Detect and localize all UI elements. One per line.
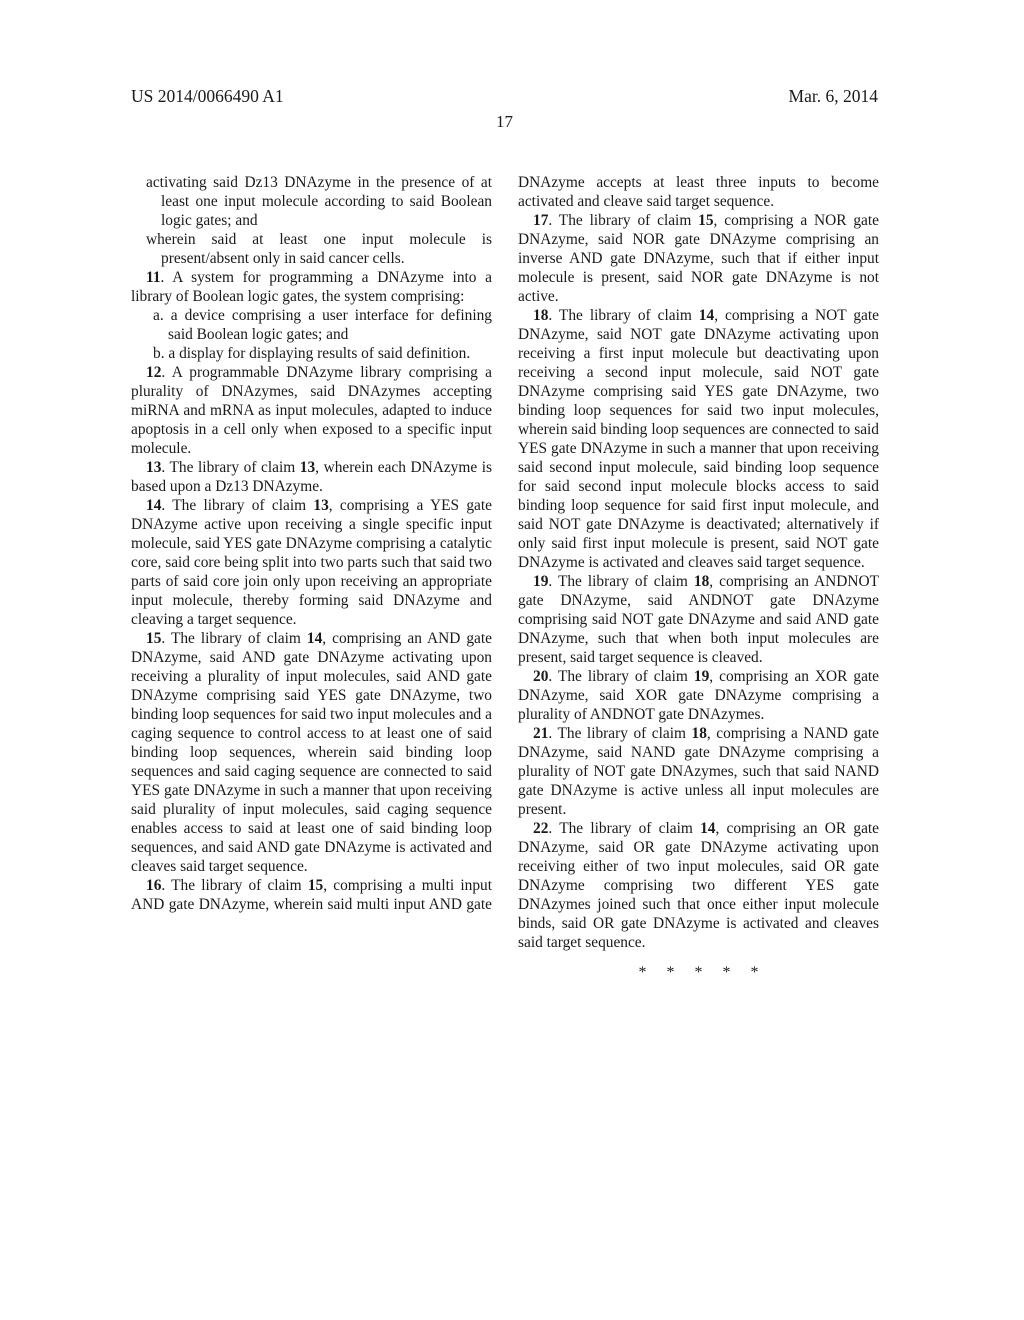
claim-paragraph: b. a display for displaying results of s… bbox=[131, 344, 492, 363]
publication-number: US 2014/0066490 A1 bbox=[131, 86, 284, 107]
page-header: US 2014/0066490 A1 Mar. 6, 2014 bbox=[131, 86, 878, 107]
claim-paragraph: 17. The library of claim 15, comprising … bbox=[518, 211, 879, 306]
claim-paragraph: 21. The library of claim 18, comprising … bbox=[518, 724, 879, 819]
claim-paragraph: 15. The library of claim 14, comprising … bbox=[131, 629, 492, 876]
claims-column-right: DNAzyme accepts at least three inputs to… bbox=[518, 173, 879, 982]
claim-paragraph: a. a device comprising a user interface … bbox=[131, 306, 492, 344]
claim-paragraph: DNAzyme accepts at least three inputs to… bbox=[518, 173, 879, 211]
claim-paragraph: wherein said at least one input molecule… bbox=[131, 230, 492, 268]
claim-paragraph: activating said Dz13 DNAzyme in the pres… bbox=[131, 173, 492, 230]
patent-document-page: US 2014/0066490 A1 Mar. 6, 2014 17 activ… bbox=[0, 0, 1024, 1320]
claim-paragraph: 14. The library of claim 13, comprising … bbox=[131, 496, 492, 629]
claim-paragraph: 22. The library of claim 14, comprising … bbox=[518, 819, 879, 952]
claim-paragraph: 19. The library of claim 18, comprising … bbox=[518, 572, 879, 667]
end-of-claims-marker: * * * * * bbox=[518, 963, 879, 982]
claim-paragraph: 12. A programmable DNAzyme library compr… bbox=[131, 363, 492, 458]
page-number: 17 bbox=[131, 112, 878, 132]
claims-column-left: activating said Dz13 DNAzyme in the pres… bbox=[131, 173, 492, 914]
claim-paragraph: 11. A system for programming a DNAzyme i… bbox=[131, 268, 492, 306]
claim-paragraph: 13. The library of claim 13, wherein eac… bbox=[131, 458, 492, 496]
claim-paragraph: 18. The library of claim 14, comprising … bbox=[518, 306, 879, 572]
claim-paragraph: 16. The library of claim 15, comprising … bbox=[131, 876, 492, 914]
claim-paragraph: 20. The library of claim 19, comprising … bbox=[518, 667, 879, 724]
publication-date: Mar. 6, 2014 bbox=[789, 86, 878, 107]
